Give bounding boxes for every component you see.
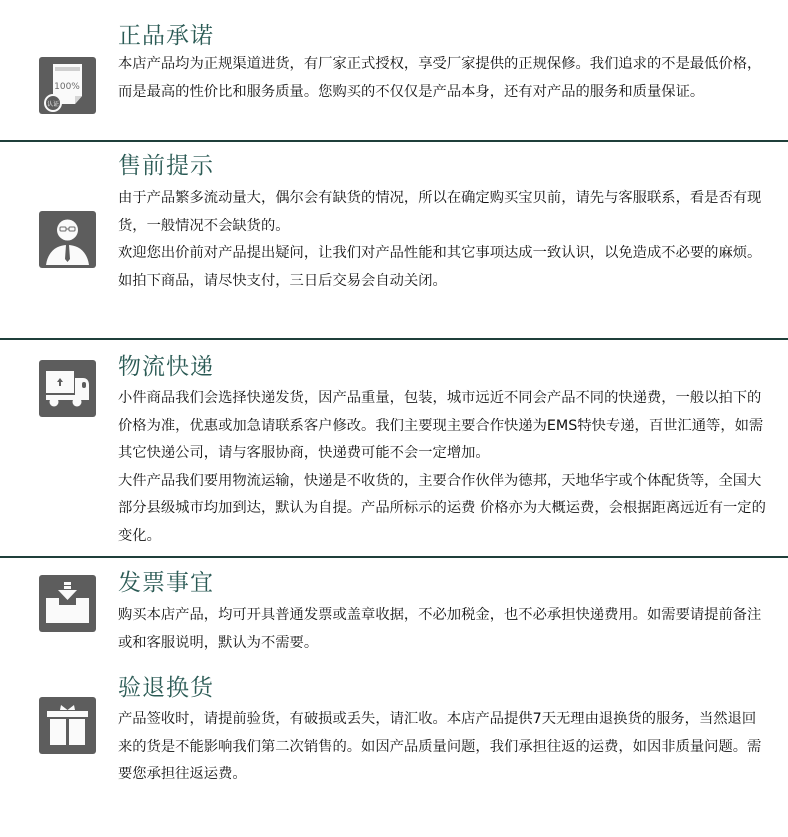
- section-title: 正品承诺: [118, 21, 214, 51]
- section-body: 由于产品繁多流动量大，偶尔会有缺货的情况，所以在确定购买宝贝前，请先与客服联系，…: [118, 185, 768, 295]
- section-returns: 验退换货 产品签收时，请提前验货，有破损或丢失，请汇收。本店产品提供7天无理由退…: [0, 664, 788, 837]
- section-title: 验退换货: [118, 673, 214, 703]
- paragraph: 产品签收时，请提前验货，有破损或丢失，请汇收。本店产品提供7天无理由退换货的服务…: [118, 706, 768, 789]
- section-title: 售前提示: [118, 151, 214, 181]
- section-invoice: 发票事宜 购买本店产品，均可开具普通发票或盖章收据，不必加税金，也不必承担快递费…: [0, 558, 788, 664]
- section-body: 产品签收时，请提前验货，有破损或丢失，请汇收。本店产品提供7天无理由退换货的服务…: [118, 706, 768, 789]
- section-title: 物流快递: [118, 352, 214, 382]
- section-body: 本店产品均为正规渠道进货，有厂家正式授权，享受厂家提供的正规保修。我们追求的不是…: [118, 51, 768, 106]
- svg-text:认证: 认证: [47, 100, 59, 108]
- paragraph: 小件商品我们会选择快递发货，因产品重量，包装，城市远近不同会产品不同的快递费，一…: [118, 385, 768, 468]
- certificate-100-icon: 100% 认证: [39, 57, 96, 114]
- delivery-truck-icon: [39, 360, 96, 417]
- paragraph: 如拍下商品，请尽快支付，三日后交易会自动关闭。: [118, 268, 768, 296]
- section-presale-notice: 售前提示 由于产品繁多流动量大，偶尔会有缺货的情况，所以在确定购买宝贝前，请先与…: [0, 142, 788, 338]
- customer-service-person-icon: [39, 211, 96, 268]
- section-body: 小件商品我们会选择快递发货，因产品重量，包装，城市远近不同会产品不同的快递费，一…: [118, 385, 768, 550]
- paragraph: 由于产品繁多流动量大，偶尔会有缺货的情况，所以在确定购买宝贝前，请先与客服联系，…: [118, 185, 768, 240]
- gift-box-icon: [39, 697, 96, 754]
- svg-text:100%: 100%: [54, 82, 80, 92]
- paragraph: 购买本店产品，均可开具普通发票或盖章收据，不必加税金，也不必承担快递费用。如需要…: [118, 602, 768, 657]
- section-body: 购买本店产品，均可开具普通发票或盖章收据，不必加税金，也不必承担快递费用。如需要…: [118, 602, 768, 657]
- section-logistics: 物流快递 小件商品我们会选择快递发货，因产品重量，包装，城市远近不同会产品不同的…: [0, 340, 788, 556]
- section-genuine-promise: 正品承诺 100% 认证 本店产品均为正规渠道进货，有厂家正式授权，享受厂家提供…: [0, 0, 788, 140]
- paragraph: 大件产品我们要用物流运输，快递是不收货的，主要合作伙伴为德邦，天地华宇或个体配货…: [118, 468, 768, 551]
- paragraph: 本店产品均为正规渠道进货，有厂家正式授权，享受厂家提供的正规保修。我们追求的不是…: [118, 51, 768, 106]
- section-title: 发票事宜: [118, 568, 214, 598]
- paragraph: 欢迎您出价前对产品提出疑问，让我们对产品性能和其它事项达成一致认识，以免造成不必…: [118, 240, 768, 268]
- invoice-tray-download-icon: [39, 575, 96, 632]
